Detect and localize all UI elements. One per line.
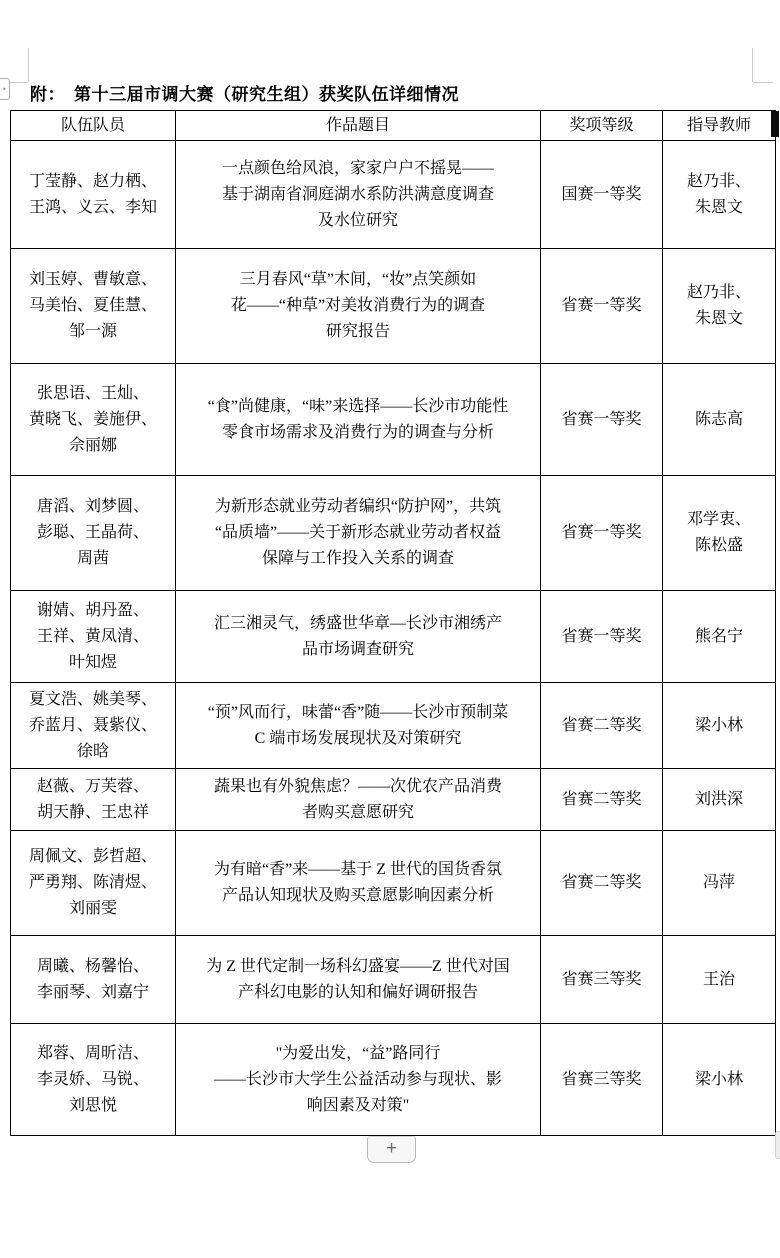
cell-teacher: 梁小林 <box>663 1024 776 1136</box>
cell-members: 郑蓉、周昕洁、 李灵娇、马锐、 刘思悦 <box>11 1024 176 1136</box>
document-title: 附： 第十三届市调大赛（研究生组）获奖队伍详细情况 <box>30 80 459 105</box>
cell-award: 省赛三等奖 <box>541 1024 663 1136</box>
document-page: ‣ 附： 第十三届市调大赛（研究生组）获奖队伍详细情况 队伍队员 作品题目 奖项… <box>0 0 780 1258</box>
right-edge-marker <box>771 111 779 137</box>
cell-members: 赵薇、万芙蓉、 胡天静、王忠祥 <box>11 769 176 831</box>
add-row-button[interactable]: + <box>367 1136 416 1163</box>
cell-award: 省赛二等奖 <box>541 831 663 936</box>
table-row: 周佩文、彭哲超、 严勇翔、陈清煜、 刘丽雯 为有暗“香”来——基于 Z 世代的国… <box>11 831 776 936</box>
cell-award: 省赛二等奖 <box>541 769 663 831</box>
cell-members: 周佩文、彭哲超、 严勇翔、陈清煜、 刘丽雯 <box>11 831 176 936</box>
cell-members: 丁莹静、赵力栖、 王鸿、义云、李知 <box>11 141 176 249</box>
cell-title: 为新形态就业劳动者编织“防护网”，共筑 “品质墙”——关于新形态就业劳动者权益 … <box>176 476 541 591</box>
cell-title: 为 Z 世代定制一场科幻盛宴——Z 世代对国 产科幻电影的认知和偏好调研报告 <box>176 936 541 1024</box>
table-row: 赵薇、万芙蓉、 胡天静、王忠祥 蔬果也有外貌焦虑？——次优农产品消费 者购买意愿… <box>11 769 776 831</box>
right-edge-button-partial[interactable] <box>775 1131 780 1159</box>
cell-title: 蔬果也有外貌焦虑？——次优农产品消费 者购买意愿研究 <box>176 769 541 831</box>
cell-members: 张思语、王灿、 黄晓飞、姜施伊、 佘丽娜 <box>11 364 176 476</box>
cell-members: 周曦、杨馨怡、 李丽琴、刘嘉宁 <box>11 936 176 1024</box>
cell-members: 夏文浩、姚美琴、 乔蓝月、聂紫仪、 徐晗 <box>11 683 176 769</box>
cell-title: “食”尚健康，“味”来选择——长沙市功能性 零食市场需求及消费行为的调查与分析 <box>176 364 541 476</box>
cell-title: 汇三湘灵气，绣盛世华章—长沙市湘绣产 品市场调查研究 <box>176 591 541 683</box>
table-row: 郑蓉、周昕洁、 李灵娇、马锐、 刘思悦 "为爱出发，“益”路同行 ——长沙市大学… <box>11 1024 776 1136</box>
cell-title: “预”风而行，味蕾“香”随——长沙市预制菜 C 端市场发展现状及对策研究 <box>176 683 541 769</box>
cell-award: 省赛一等奖 <box>541 591 663 683</box>
award-table: 队伍队员 作品题目 奖项等级 指导教师 丁莹静、赵力栖、 王鸿、义云、李知 一点… <box>10 110 776 1136</box>
header-team-members: 队伍队员 <box>11 111 176 141</box>
cell-teacher: 熊名宁 <box>663 591 776 683</box>
table-row: 刘玉婷、曹敏意、 马美怡、夏佳慧、 邹一源 三月春风“草”木间，“妆”点笑颜如 … <box>11 249 776 364</box>
cell-teacher: 冯萍 <box>663 831 776 936</box>
cell-award: 国赛一等奖 <box>541 141 663 249</box>
cell-members: 谢婧、胡丹盈、 王祥、黄凤清、 叶知煜 <box>11 591 176 683</box>
header-award-level: 奖项等级 <box>541 111 663 141</box>
cell-members: 唐滔、刘梦圆、 彭聪、王晶荷、 周茜 <box>11 476 176 591</box>
cell-award: 省赛一等奖 <box>541 364 663 476</box>
outline-glyph: ‣ <box>2 85 7 94</box>
cell-award: 省赛一等奖 <box>541 476 663 591</box>
header-advisor: 指导教师 <box>663 111 776 141</box>
cell-teacher: 陈志高 <box>663 364 776 476</box>
cell-title: 一点颜色给风浪，家家户户不摇晃—— 基于湖南省洞庭湖水系防洪满意度调查 及水位研… <box>176 141 541 249</box>
cell-title: "为爱出发，“益”路同行 ——长沙市大学生公益活动参与现状、影 响因素及对策" <box>176 1024 541 1136</box>
cell-teacher: 刘洪深 <box>663 769 776 831</box>
table-header-row: 队伍队员 作品题目 奖项等级 指导教师 <box>11 111 776 141</box>
cell-teacher: 赵乃非、 朱恩文 <box>663 141 776 249</box>
cell-teacher: 赵乃非、 朱恩文 <box>663 249 776 364</box>
cell-award: 省赛一等奖 <box>541 249 663 364</box>
table-row: 唐滔、刘梦圆、 彭聪、王晶荷、 周茜 为新形态就业劳动者编织“防护网”，共筑 “… <box>11 476 776 591</box>
table-row: 周曦、杨馨怡、 李丽琴、刘嘉宁 为 Z 世代定制一场科幻盛宴——Z 世代对国 产… <box>11 936 776 1024</box>
table-row: 丁莹静、赵力栖、 王鸿、义云、李知 一点颜色给风浪，家家户户不摇晃—— 基于湖南… <box>11 141 776 249</box>
cell-title: 三月春风“草”木间，“妆”点笑颜如 花——“种草”对美妆消费行为的调查 研究报告 <box>176 249 541 364</box>
cell-teacher: 邓学衷、 陈松盛 <box>663 476 776 591</box>
cell-members: 刘玉婷、曹敏意、 马美怡、夏佳慧、 邹一源 <box>11 249 176 364</box>
table-row: 谢婧、胡丹盈、 王祥、黄凤清、 叶知煜 汇三湘灵气，绣盛世华章—长沙市湘绣产 品… <box>11 591 776 683</box>
cell-award: 省赛二等奖 <box>541 683 663 769</box>
cell-teacher: 梁小林 <box>663 683 776 769</box>
table-row: 张思语、王灿、 黄晓飞、姜施伊、 佘丽娜 “食”尚健康，“味”来选择——长沙市功… <box>11 364 776 476</box>
cell-title: 为有暗“香”来——基于 Z 世代的国货香氛 产品认知现状及购买意愿影响因素分析 <box>176 831 541 936</box>
cell-teacher: 王治 <box>663 936 776 1024</box>
cell-award: 省赛三等奖 <box>541 936 663 1024</box>
table-row: 夏文浩、姚美琴、 乔蓝月、聂紫仪、 徐晗 “预”风而行，味蕾“香”随——长沙市预… <box>11 683 776 769</box>
outline-collapse-icon[interactable]: ‣ <box>0 78 10 100</box>
header-work-title: 作品题目 <box>176 111 541 141</box>
